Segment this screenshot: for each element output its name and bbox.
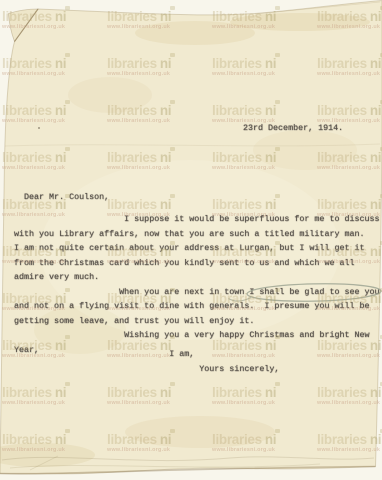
letter-line: I suppose it would be superfluous for me… (14, 212, 380, 227)
letter-line: and not on a flying visit to dine with g… (14, 299, 380, 314)
letter-line: When you are next in town I shall be gla… (14, 285, 380, 300)
letter-body: Dear Mr. Coulson, I suppose it would be … (14, 190, 380, 376)
letter-line: Wishing you a very happy Christmas and b… (14, 328, 380, 343)
date-line: 23rd December, 1914. (243, 121, 343, 136)
letter-line: admire very much. (14, 270, 380, 285)
scanned-letter-page: 23rd December, 1914. Dear Mr. Coulson, I… (0, 0, 382, 480)
letter-line: Yours sincerely, (14, 362, 380, 377)
letter-line: I am, (14, 347, 380, 362)
letter-line: from the Christmas card which you kindly… (14, 256, 380, 271)
ink-speck (38, 127, 40, 129)
letter-line: I am not quite certain about your addres… (14, 241, 380, 256)
letter-line: getting some leave, and trust you will e… (14, 314, 380, 329)
letter-line: with you Library affairs, now that you a… (14, 227, 380, 242)
letter-line: Dear Mr. Coulson, (14, 190, 380, 205)
